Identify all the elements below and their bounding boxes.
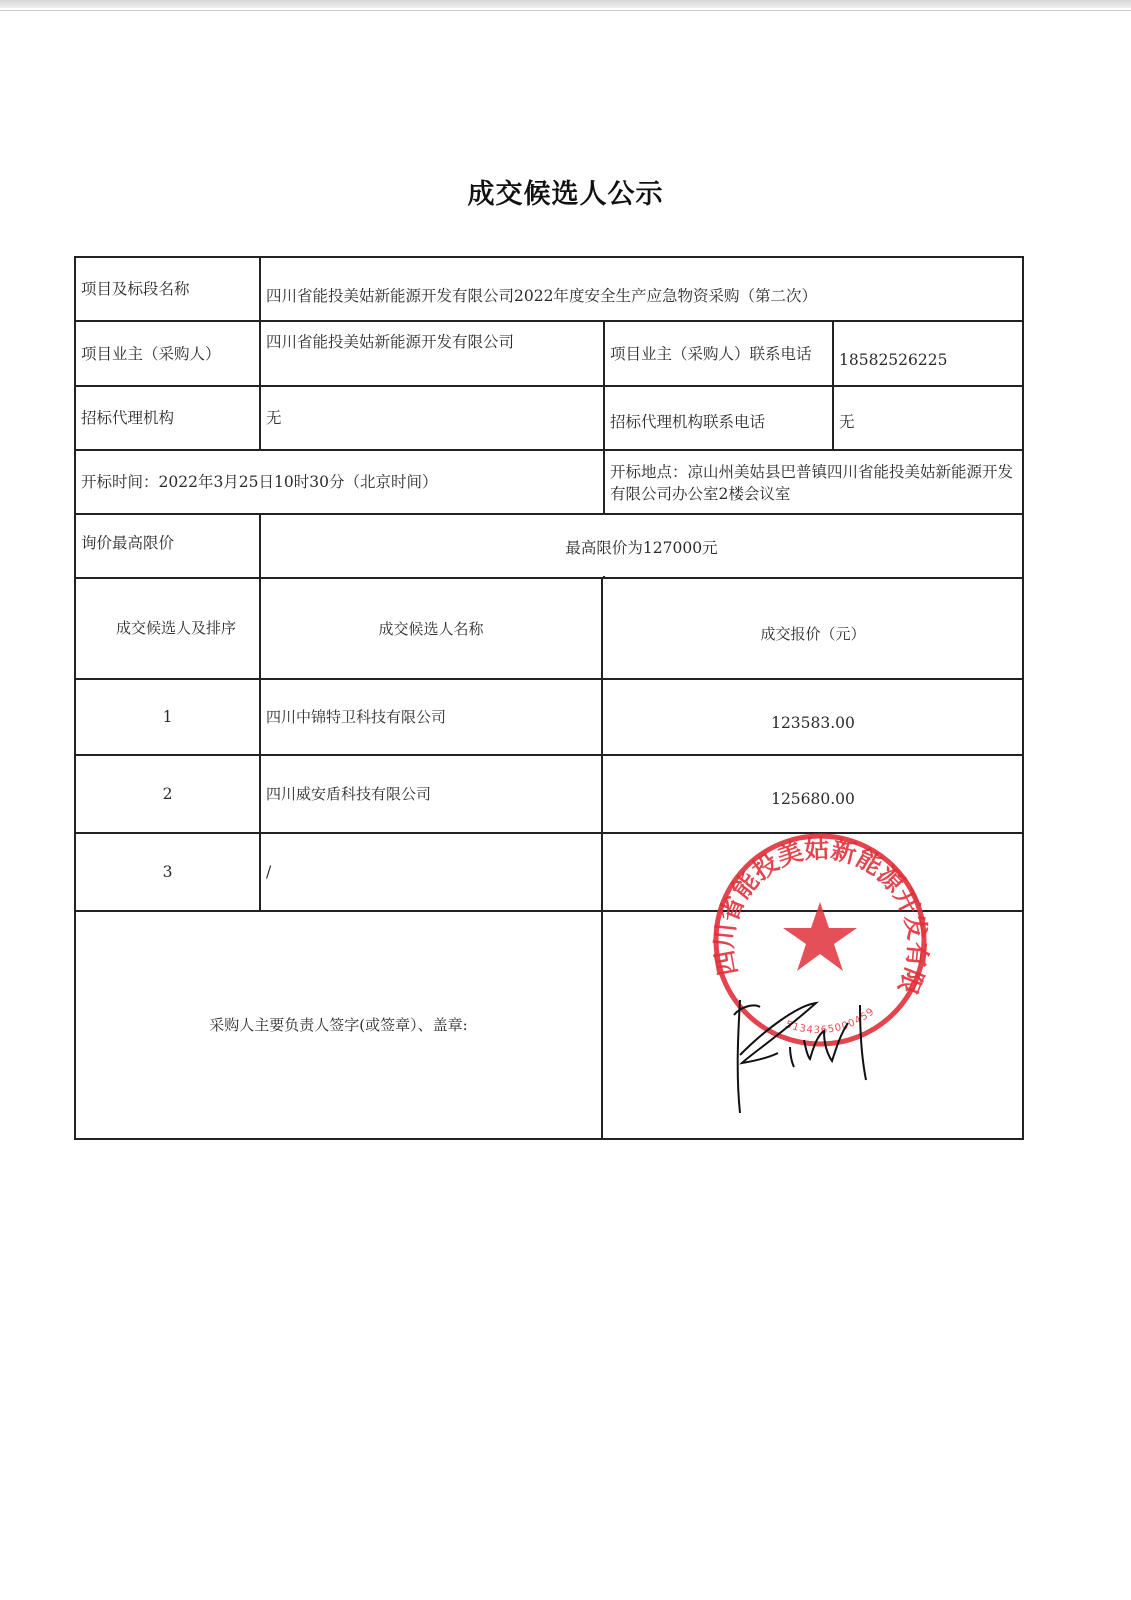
- opening-place: 开标地点：凉山州美姑县巴普镇四川省能投美姑新能源开发有限公司办公室2楼会议室: [605, 451, 1022, 513]
- candidates-header-name: 成交候选人名称: [261, 579, 601, 678]
- agency-label: 招标代理机构: [76, 387, 259, 449]
- candidate-1-rank: 1: [76, 680, 259, 754]
- candidate-3-name: /: [261, 834, 601, 910]
- signature-label: 采购人主要负责人签字(或签章）、盖章:: [76, 912, 601, 1138]
- scan-edge: [0, 0, 1131, 8]
- owner-phone-label: 项目业主（采购人）联系电话: [605, 322, 832, 385]
- owner-phone-value: 18582526225: [834, 322, 1022, 397]
- max-price-label: 询价最高限价: [76, 515, 259, 571]
- handwritten-signature: [720, 985, 890, 1115]
- candidate-2-name: 四川威安盾科技有限公司: [261, 756, 601, 832]
- candidate-1-name: 四川中锦特卫科技有限公司: [261, 680, 601, 754]
- document-title: 成交候选人公示: [0, 172, 1131, 211]
- project-name-label: 项目及标段名称: [76, 258, 259, 320]
- project-name-value: 四川省能投美姑新能源开发有限公司2022年度安全生产应急物资采购（第二次）: [261, 258, 1021, 320]
- scan-edge-line: [0, 10, 1131, 11]
- candidate-1-price: 123583.00: [603, 690, 1023, 756]
- candidates-header-price: 成交报价（元）: [603, 579, 1023, 689]
- agency-value: 无: [261, 387, 603, 449]
- owner-label: 项目业主（采购人）: [76, 322, 259, 385]
- agency-phone-value: 无: [834, 387, 1022, 457]
- candidate-2-rank: 2: [76, 756, 259, 832]
- candidate-3-rank: 3: [76, 834, 259, 910]
- owner-value: 四川省能投美姑新能源开发有限公司: [261, 322, 603, 362]
- candidate-2-price: 125680.00: [603, 766, 1023, 832]
- opening-time: 开标时间：2022年3月25日10时30分（北京时间）: [76, 451, 603, 513]
- agency-phone-label: 招标代理机构联系电话: [605, 387, 832, 457]
- max-price-value: 最高限价为127000元: [261, 515, 1022, 581]
- candidates-header-rank: 成交候选人及排序: [76, 579, 276, 678]
